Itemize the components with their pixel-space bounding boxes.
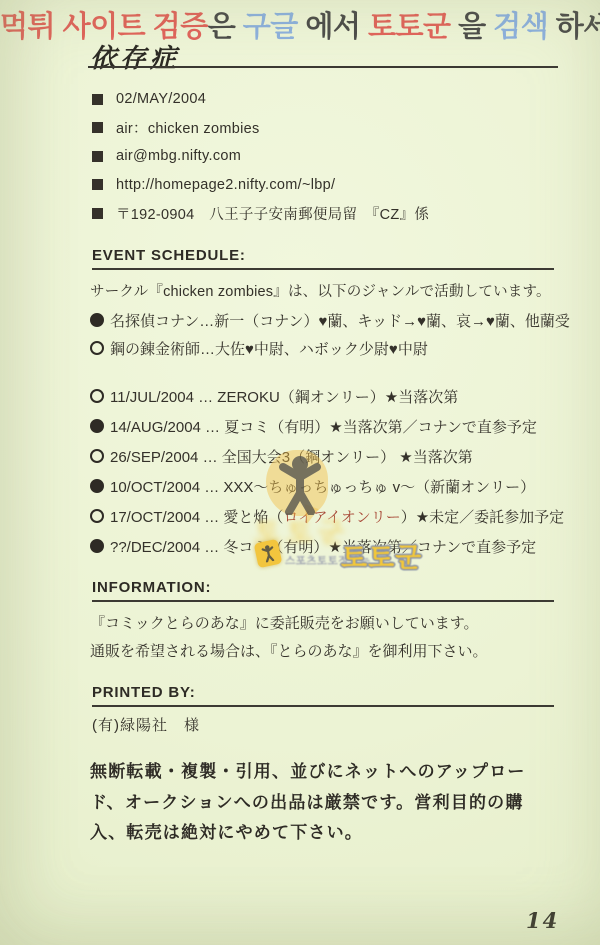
genre-list: 名探偵コナン…新一（コナン）♥蘭、キッド→♥蘭、哀→♥蘭、他蘭受鋼の錬金術師…大… (90, 306, 570, 362)
contact-info-item: air@mbg.nifty.com (92, 142, 429, 171)
title-underline (88, 66, 558, 68)
genre-line: 名探偵コナン…新一（コナン）♥蘭、キッド→♥蘭、哀→♥蘭、他蘭受 (90, 306, 570, 334)
square-bullet-icon (92, 94, 103, 105)
banner-text-segment: 검색 (493, 11, 548, 43)
square-bullet-icon (92, 208, 103, 219)
contact-info-item: 〒192-0904 八王子子安南郵便局留 『CZ』係 (92, 199, 429, 228)
square-bullet-icon (92, 179, 103, 190)
person-figure-icon (279, 455, 321, 515)
event-text: 14/AUG/2004 … 夏コミ（有明）★当落次第／コナンで直参予定 (110, 416, 537, 437)
contact-info-item: http://homepage2.nifty.com/~lbp/ (92, 171, 429, 200)
scanned-doujinshi-page: 먹튀 사이트 검증은 구글 에서 토토군 을 검색 하세요 依存症 02/MAY… (0, 0, 600, 945)
contact-info-text: air@mbg.nifty.com (116, 148, 241, 164)
banner-text-segment: 을 (451, 11, 494, 43)
contact-info-text: http://homepage2.nifty.com/~lbp/ (116, 177, 335, 193)
circle-intro-line: サークル『chicken zombies』は、以下のジャンルで活動しています。 (90, 280, 551, 301)
event-text: ）★未定／委託参加予定 (401, 506, 564, 527)
information-heading: INFORMATION: (92, 579, 554, 602)
contact-info-text: 02/MAY/2004 (116, 91, 206, 107)
genre-line: 鋼の錬金術師…大佐♥中尉、ハボック少尉♥中尉 (90, 334, 570, 362)
square-bullet-icon (92, 122, 103, 133)
filled-circle-icon (90, 313, 104, 327)
contact-info-list: 02/MAY/2004air：chicken zombiesair@mbg.ni… (92, 85, 429, 228)
printed-by-heading: PRINTED BY: (92, 684, 554, 707)
page-number: 14 (526, 908, 559, 933)
filled-circle-icon (90, 539, 104, 553)
person-badge-icon (260, 544, 276, 563)
open-circle-icon (90, 341, 104, 355)
watermark-badge (254, 539, 283, 568)
banner-text-segment: 구글 (243, 11, 298, 43)
filled-circle-icon (90, 479, 104, 493)
open-circle-icon (90, 389, 104, 403)
banner-text-segment: 토토군 (368, 11, 451, 43)
information-line: 『コミックとらのあな』に委託販売をお願いしています。 (90, 608, 488, 636)
contact-info-item: 02/MAY/2004 (92, 85, 429, 114)
page-title: 依存症 (90, 38, 180, 75)
copyright-notice: 無断転載・複製・引用、並びにネットへのアップロード、オークションへの出品は厳禁で… (90, 757, 548, 849)
event-row: 11/JUL/2004 … ZEROKU（鋼オンリー）★当落次第 (90, 381, 564, 411)
event-schedule-heading: EVENT SCHEDULE: (92, 247, 554, 270)
genre-text: 鋼の錬金術師…大佐♥中尉、ハボック少尉♥中尉 (110, 338, 428, 359)
information-line: 通販を希望される場合は、『とらのあな』を御利用下さい。 (90, 636, 488, 664)
open-circle-icon (90, 509, 104, 523)
filled-circle-icon (90, 419, 104, 433)
printer-name: (有)緑陽社 様 (92, 714, 200, 735)
event-row: 14/AUG/2004 … 夏コミ（有明）★当落次第／コナンで直参予定 (90, 411, 564, 441)
square-bullet-icon (92, 151, 103, 162)
information-lines: 『コミックとらのあな』に委託販売をお願いしています。通販を希望される場合は、『と… (90, 608, 488, 664)
contact-info-item: air：chicken zombies (92, 114, 429, 143)
banner-text-segment: 에서 (298, 11, 368, 43)
banner-text-segment: 은 (208, 11, 243, 43)
banner-text-segment: 하세요 (548, 11, 600, 43)
watermark-site-logo: 토토군 (341, 536, 422, 575)
event-row: 26/SEP/2004 … 全国大会3（鋼オンリー） ★当落次第 (90, 441, 564, 471)
contact-info-text: 〒192-0904 八王子子安南郵便局留 『CZ』係 (116, 203, 429, 224)
genre-text: 名探偵コナン…新一（コナン）♥蘭、キッド→♥蘭、哀→♥蘭、他蘭受 (110, 310, 570, 331)
open-circle-icon (90, 449, 104, 463)
contact-info-text: air：chicken zombies (116, 117, 260, 138)
event-text: 11/JUL/2004 … ZEROKU（鋼オンリー）★当落次第 (110, 386, 458, 407)
